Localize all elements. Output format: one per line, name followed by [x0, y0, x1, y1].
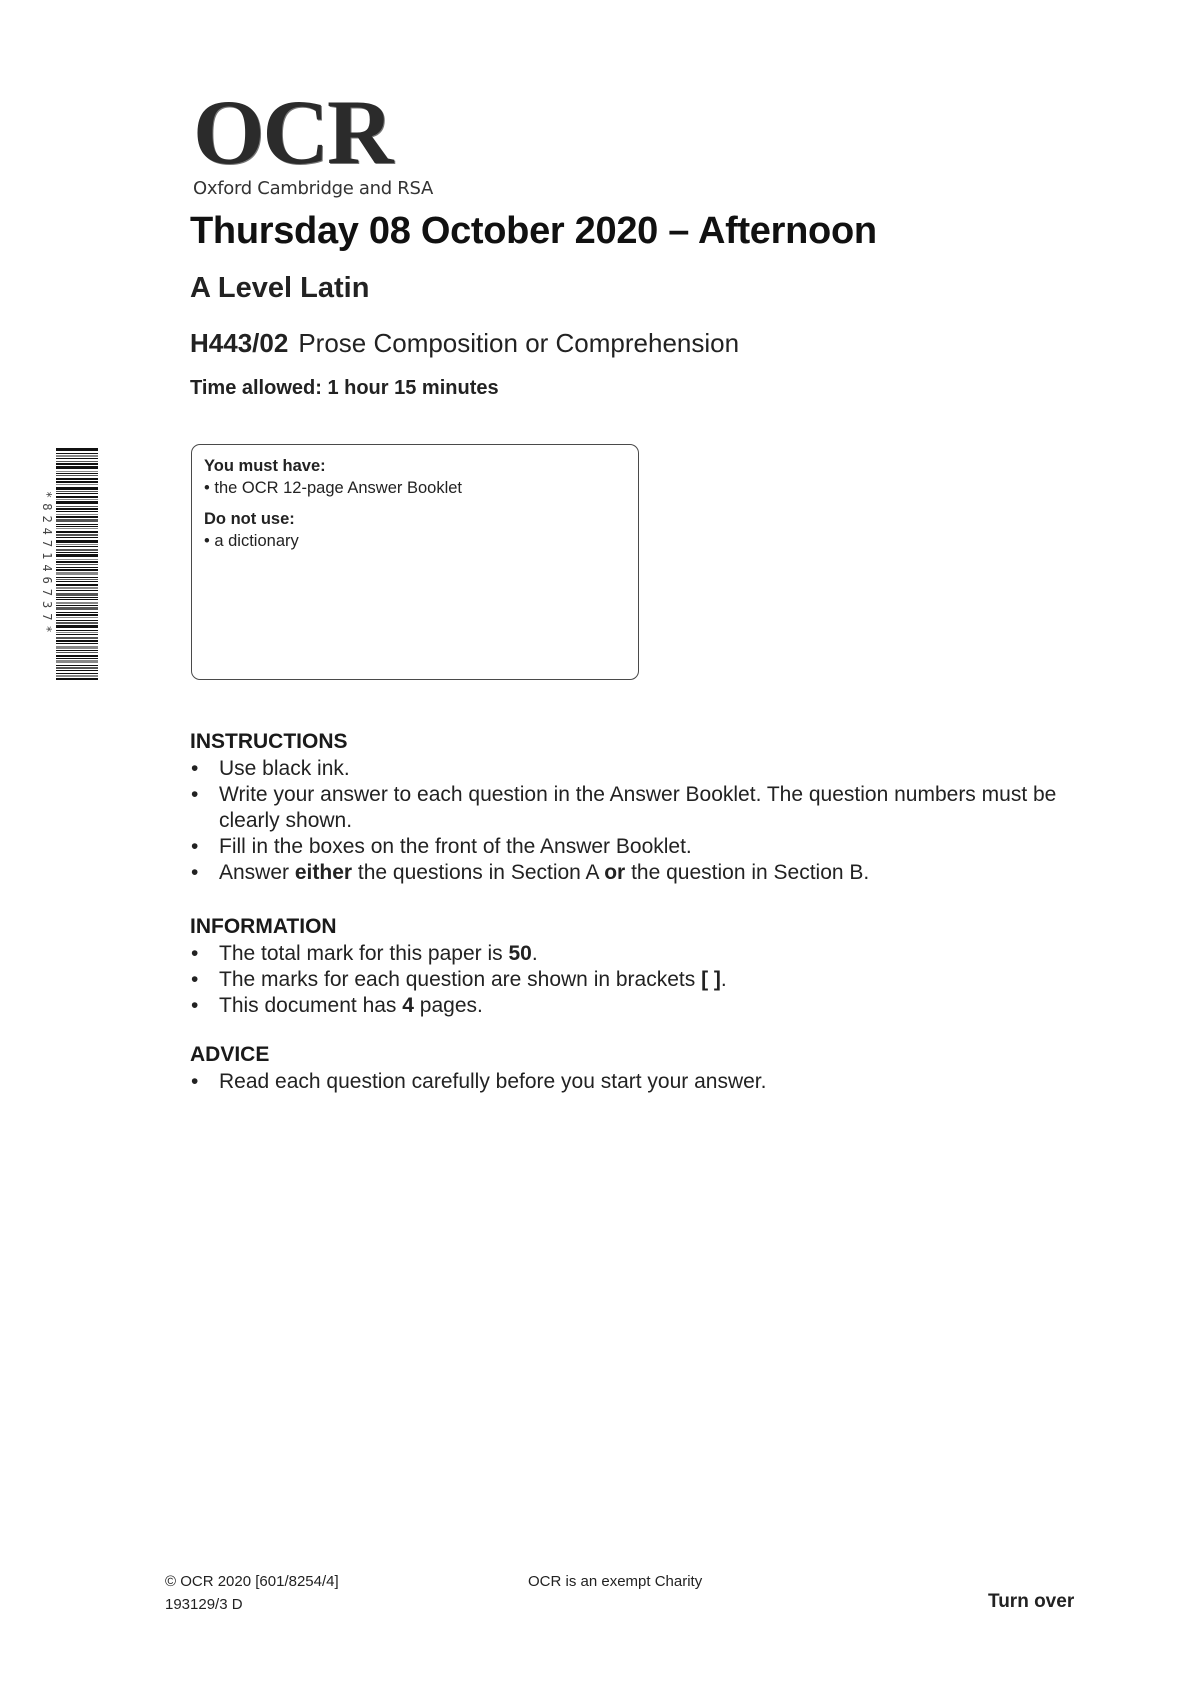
- barcode-digits: *8247146737*: [40, 448, 54, 680]
- advice-item: Read each question carefully before you …: [190, 1069, 1090, 1095]
- time-allowed: Time allowed: 1 hour 15 minutes: [190, 377, 499, 400]
- advice-list: Read each question carefully before you …: [190, 1069, 1090, 1095]
- requirements-box: You must have: • the OCR 12-page Answer …: [191, 444, 639, 680]
- must-have-item: • the OCR 12-page Answer Booklet: [204, 477, 626, 499]
- advice-section: ADVICE Read each question carefully befo…: [190, 1041, 1090, 1095]
- do-not-use-item: • a dictionary: [204, 530, 626, 552]
- exam-date-title: Thursday 08 October 2020 – Afternoon: [190, 210, 877, 253]
- instruction-item: Answer either the questions in Section A…: [190, 860, 1090, 886]
- footer-charity: OCR is an exempt Charity: [528, 1573, 702, 1590]
- footer-copyright: © OCR 2020 [601/8254/4]: [165, 1573, 339, 1590]
- advice-heading: ADVICE: [190, 1041, 1090, 1069]
- information-section: INFORMATION The total mark for this pape…: [190, 913, 1090, 1019]
- instructions-heading: INSTRUCTIONS: [190, 728, 1090, 756]
- information-item-brackets: The marks for each question are shown in…: [190, 967, 1090, 993]
- instruction-item: Write your answer to each question in th…: [190, 782, 1090, 834]
- do-not-use-heading: Do not use:: [204, 508, 626, 530]
- information-item-pages: This document has 4 pages.: [190, 993, 1090, 1019]
- paper-line: H443/02Prose Composition or Comprehensio…: [190, 328, 739, 359]
- instruction-item: Fill in the boxes on the front of the An…: [190, 834, 1090, 860]
- information-heading: INFORMATION: [190, 913, 1090, 941]
- information-item-total-mark: The total mark for this paper is 50.: [190, 941, 1090, 967]
- instruction-item: Use black ink.: [190, 756, 1090, 782]
- ocr-logo: OCR Oxford Cambridge and RSA: [193, 92, 453, 199]
- paper-name: Prose Composition or Comprehension: [298, 328, 739, 358]
- paper-code: H443/02: [190, 328, 288, 358]
- logo-mark: OCR: [193, 92, 453, 172]
- subject-title: A Level Latin: [190, 272, 369, 305]
- instructions-section: INSTRUCTIONS Use black ink. Write your a…: [190, 728, 1090, 886]
- information-list: The total mark for this paper is 50. The…: [190, 941, 1090, 1019]
- barcode-bars-icon: [56, 448, 98, 680]
- footer-doc-code: 193129/3 D: [165, 1596, 243, 1613]
- logo-subtitle: Oxford Cambridge and RSA: [193, 178, 453, 199]
- instructions-list: Use black ink. Write your answer to each…: [190, 756, 1090, 886]
- must-have-heading: You must have:: [204, 455, 626, 477]
- turn-over-label: Turn over: [988, 1591, 1074, 1613]
- barcode: *8247146737*: [40, 448, 98, 680]
